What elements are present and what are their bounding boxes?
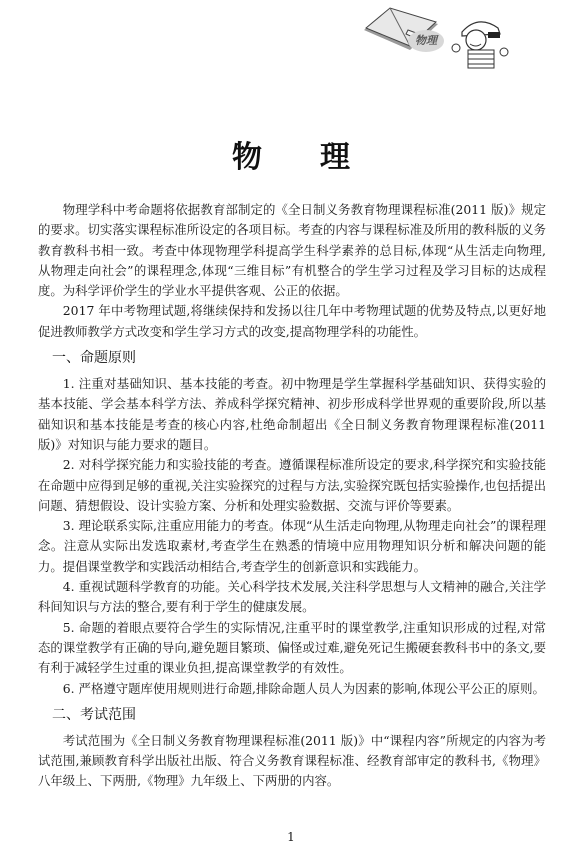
intro-paragraph: 2017 年中考物理试题,将继续保持和发扬以往几年中考物理试题的优势及特点,以更…: [38, 301, 546, 342]
principle-paragraph: 2. 对科学探究能力和实验技能的考查。遵循课程标准所设定的要求,科学探究和实验技…: [38, 455, 546, 516]
principle-paragraph: 6. 严格遵守题库使用规则进行命题,排除命题人员人为因素的影响,体现公平公正的原…: [38, 679, 546, 699]
intro-paragraph: 物理学科中考命题将依据教育部制定的《全日制义务教育物理课程标准(2011 版)》…: [38, 200, 546, 301]
cartoon-boy-icon: [448, 14, 514, 70]
principle-paragraph: 5. 命题的着眼点要符合学生的实际情况,注重平时的课堂教学,注重知识形成的过程,…: [38, 618, 546, 679]
section-heading: 二、考试范围: [38, 703, 546, 727]
page-number: 1: [0, 830, 582, 844]
scope-paragraph: 考试范围为《全日制义务教育物理课程标准(2011 版)》中“课程内容”所规定的内…: [38, 731, 546, 792]
header-illustration: 物理: [360, 0, 582, 70]
principle-paragraph: 3. 理论联系实际,注重应用能力的考查。体现“从生活走向物理,从物理走向社会”的…: [38, 516, 546, 577]
section-heading: 一、命题原则: [38, 346, 546, 370]
document-body: 物理学科中考命题将依据教育部制定的《全日制义务教育物理课程标准(2011 版)》…: [38, 200, 546, 792]
page-title: 物理: [0, 132, 582, 176]
principle-paragraph: 1. 注重对基础知识、基本技能的考查。初中物理是学生掌握科学基础知识、获得实验的…: [38, 374, 546, 455]
subject-badge: 物理: [408, 30, 444, 52]
principle-paragraph: 4. 重视试题科学教育的功能。关心科学技术发展,关注科学思想与人文精神的融合,关…: [38, 577, 546, 618]
